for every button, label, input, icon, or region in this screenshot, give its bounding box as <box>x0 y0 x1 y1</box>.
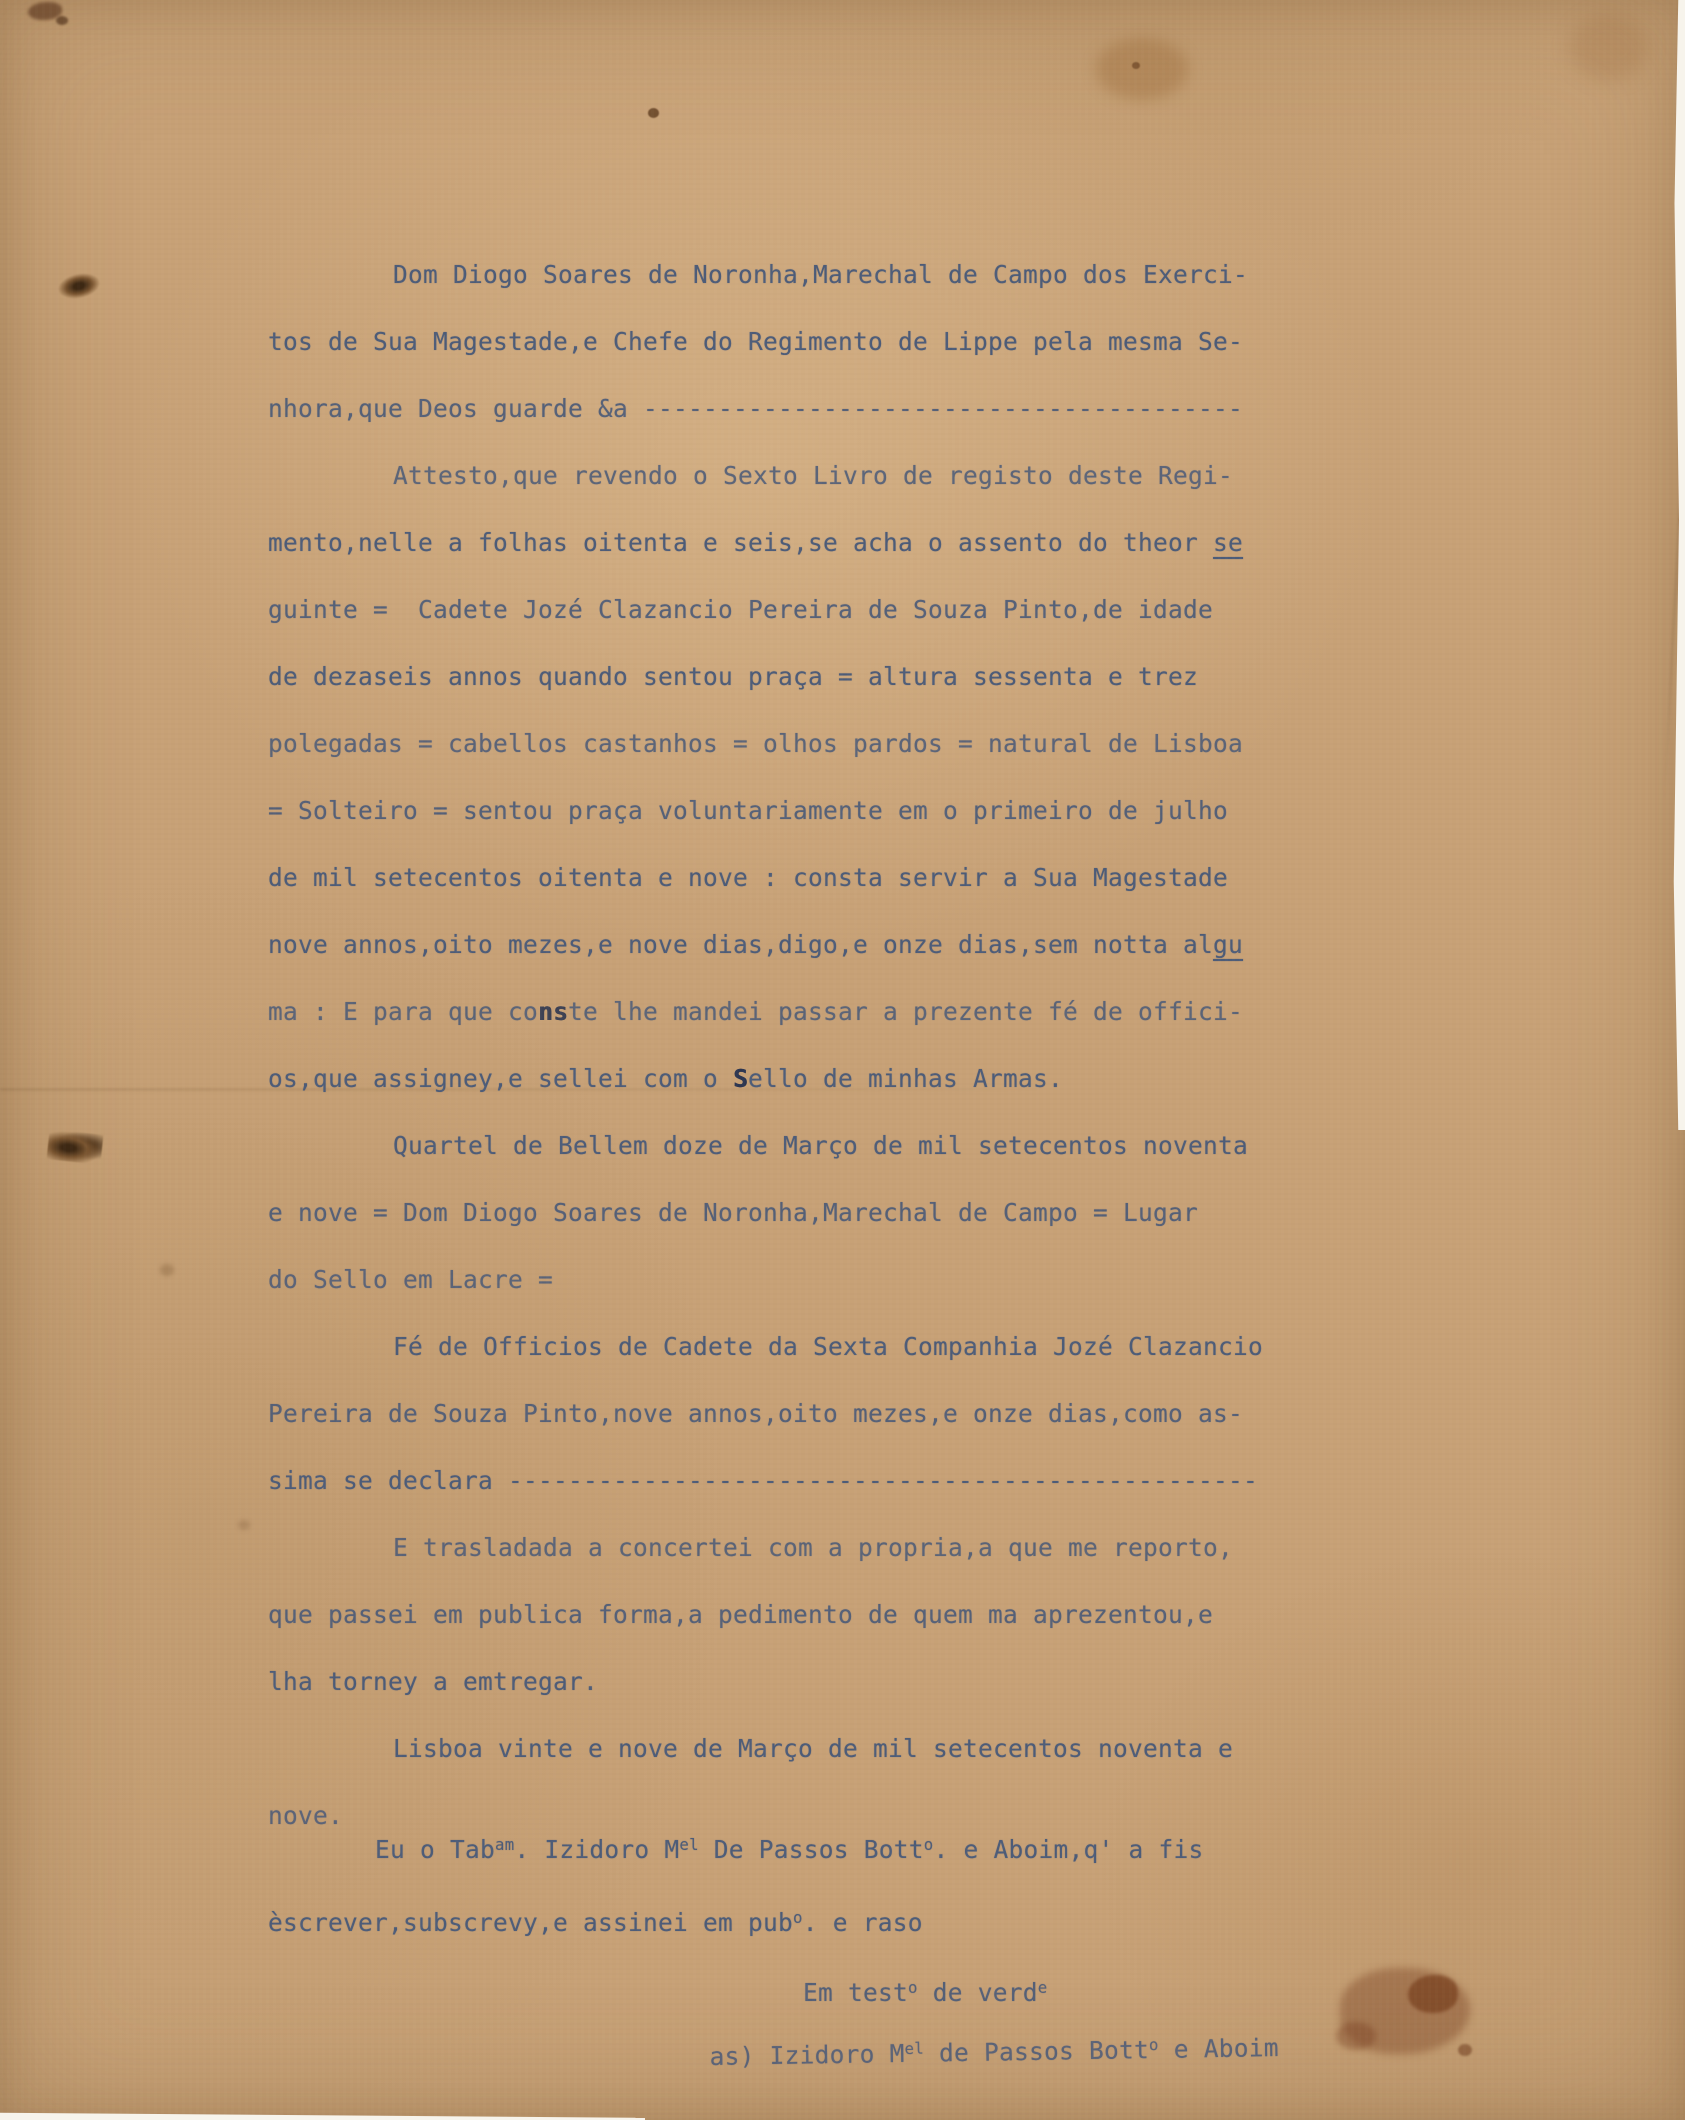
typewritten-line: ma : E para que conste lhe mandei passar… <box>268 999 1685 1066</box>
line-text: te lhe mandei passar a prezente fé de of… <box>568 997 1243 1026</box>
line-text: èscrever,subscrevy,e assinei em pub <box>268 1908 793 1937</box>
line-text: sima se declara <box>268 1466 508 1495</box>
typewritten-text-block: Dom Diogo Soares de Noronha,Marechal de … <box>0 0 1685 2111</box>
typewritten-line: Quartel de Bellem doze de Março de mil s… <box>393 1133 1685 1200</box>
line-text: Em test <box>803 1978 908 2007</box>
typewritten-line: E trasladada a concertei com a propria,a… <box>393 1535 1685 1602</box>
typewritten-line: sima se declara ------------------------… <box>268 1468 1685 1535</box>
superscript-abbreviation: o <box>908 1978 918 1997</box>
typewritten-line: nove. <box>268 1803 1685 1870</box>
line-text: as) Izidoro M <box>709 2039 904 2071</box>
line-text: e Aboim <box>1158 2033 1278 2064</box>
line-text: ma : E para que co <box>268 997 538 1026</box>
superscript-abbreviation: o <box>1149 2035 1159 2054</box>
typewritten-line: tos de Sua Magestade,e Chefe do Regiment… <box>268 329 1685 396</box>
line-text: nove annos,oito mezes,e nove dias,digo,e… <box>268 930 1213 959</box>
underlined-text: se <box>1213 528 1243 557</box>
dash-run: ----------------------------------------… <box>508 1466 1258 1495</box>
typewritten-line-signature: as) Izidoro Mel de Passos Botto e Aboim <box>709 2029 1685 2111</box>
line-text: os,que assigney,e sellei com o <box>268 1064 733 1093</box>
typewritten-line: Attesto,que revendo o Sexto Livro de reg… <box>393 463 1685 530</box>
superscript-abbreviation: el <box>904 2038 924 2057</box>
typewritten-line: nove annos,oito mezes,e nove dias,digo,e… <box>268 932 1685 999</box>
superscript-abbreviation: e <box>1038 1978 1048 1997</box>
typewritten-line: mento,nelle a folhas oitenta e seis,se a… <box>268 530 1685 597</box>
overstruck-text: S <box>733 1064 748 1093</box>
superscript-abbreviation: el <box>679 1835 698 1854</box>
line-text: . e raso <box>803 1908 923 1937</box>
typewritten-line: de dezaseis annos quando sentou praça = … <box>268 664 1685 731</box>
typewritten-line: guinte = Cadete Jozé Clazancio Pereira d… <box>268 597 1685 664</box>
document-page: Dom Diogo Soares de Noronha,Marechal de … <box>0 0 1685 2120</box>
line-text: de verd <box>918 1978 1038 2007</box>
typewritten-line: do Sello em Lacre = <box>268 1267 1685 1334</box>
line-text: de Passos Bott <box>924 2035 1149 2068</box>
typewritten-line: de mil setecentos oitenta e nove : const… <box>268 865 1685 932</box>
underlined-text: gu <box>1213 930 1243 959</box>
superscript-abbreviation: o <box>924 1835 934 1854</box>
typewritten-line: Pereira de Souza Pinto,nove annos,oito m… <box>268 1401 1685 1468</box>
typewritten-line: = Solteiro = sentou praça voluntariament… <box>268 798 1685 865</box>
line-text: mento,nelle a folhas oitenta e seis,se a… <box>268 528 1213 557</box>
overstruck-text: ns <box>538 997 568 1026</box>
scan-edge <box>0 2110 645 2120</box>
typewritten-line: polegadas = cabellos castanhos = olhos p… <box>268 731 1685 798</box>
typewritten-line: lha torney a emtregar. <box>268 1669 1685 1736</box>
line-text: ello de minhas Armas. <box>748 1064 1063 1093</box>
typewritten-line-notary: èscrever,subscrevy,e assinei em pubo. e … <box>268 1910 1685 1977</box>
superscript-abbreviation: am <box>495 1835 514 1854</box>
superscript-abbreviation: o <box>793 1908 803 1927</box>
typewritten-line: nhora,que Deos guarde &a ---------------… <box>268 396 1685 463</box>
dash-run: ---------------------------------------- <box>643 394 1243 423</box>
line-text: nhora,que Deos guarde &a <box>268 394 643 423</box>
typewritten-line: Lisboa vinte e nove de Março de mil sete… <box>393 1736 1685 1803</box>
typewritten-line: Dom Diogo Soares de Noronha,Marechal de … <box>393 262 1685 329</box>
typewritten-line: e nove = Dom Diogo Soares de Noronha,Mar… <box>268 1200 1685 1267</box>
typewritten-line: os,que assigney,e sellei com o Sello de … <box>268 1066 1685 1133</box>
typewritten-line: Fé de Officios de Cadete da Sexta Compan… <box>393 1334 1685 1401</box>
typewritten-line: que passei em publica forma,a pedimento … <box>268 1602 1685 1669</box>
